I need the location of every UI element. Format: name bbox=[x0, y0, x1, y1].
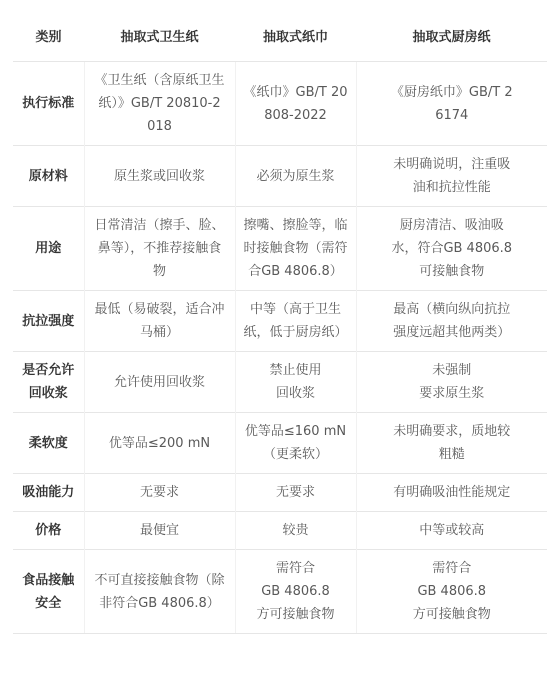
paper-comparison-page: 类别 抽取式卫生纸 抽取式纸巾 抽取式厨房纸 执行标准 《卫生纸（含原纸卫生 纸… bbox=[0, 0, 560, 674]
row-label: 用途 bbox=[13, 207, 84, 291]
row-label: 吸油能力 bbox=[13, 474, 84, 512]
column-header-category: 类别 bbox=[13, 14, 84, 62]
cell-price-toilet: 最便宜 bbox=[84, 512, 235, 550]
row-label: 食品接触 安全 bbox=[13, 550, 84, 634]
cell-oil-toilet: 无要求 bbox=[84, 474, 235, 512]
cell-material-toilet: 原生浆或回收浆 bbox=[84, 146, 235, 207]
row-label: 是否允许 回收浆 bbox=[13, 352, 84, 413]
column-header-facial-tissue: 抽取式纸巾 bbox=[235, 14, 356, 62]
cell-tensile-tissue: 中等（高于卫生 纸，低于厨房纸） bbox=[235, 291, 356, 352]
cell-recycled-tissue: 禁止使用 回收浆 bbox=[235, 352, 356, 413]
cell-material-kitchen: 未明确说明，注重吸 油和抗拉性能 bbox=[356, 146, 547, 207]
cell-softness-tissue: 优等品≤160 mN （更柔软） bbox=[235, 413, 356, 474]
cell-softness-kitchen: 未明确要求，质地较 粗糙 bbox=[356, 413, 547, 474]
row-label: 价格 bbox=[13, 512, 84, 550]
cell-recycled-kitchen: 未强制 要求原生浆 bbox=[356, 352, 547, 413]
table-row-food-contact-safety: 食品接触 安全 不可直接接触食物（除 非符合GB 4806.8） 需符合 GB … bbox=[13, 550, 547, 634]
cell-food-safety-toilet: 不可直接接触食物（除 非符合GB 4806.8） bbox=[84, 550, 235, 634]
column-header-kitchen-paper: 抽取式厨房纸 bbox=[356, 14, 547, 62]
cell-standard-tissue: 《纸巾》GB/T 20 808-2022 bbox=[235, 62, 356, 146]
cell-standard-kitchen: 《厨房纸巾》GB/T 2 6174 bbox=[356, 62, 547, 146]
table-row-recycled-pulp: 是否允许 回收浆 允许使用回收浆 禁止使用 回收浆 未强制 要求原生浆 bbox=[13, 352, 547, 413]
table-row-oil-absorption: 吸油能力 无要求 无要求 有明确吸油性能规定 bbox=[13, 474, 547, 512]
cell-usage-kitchen: 厨房清洁、吸油吸 水，符合GB 4806.8 可接触食物 bbox=[356, 207, 547, 291]
cell-material-tissue: 必须为原生浆 bbox=[235, 146, 356, 207]
cell-softness-toilet: 优等品≤200 mN bbox=[84, 413, 235, 474]
column-header-toilet-paper: 抽取式卫生纸 bbox=[84, 14, 235, 62]
cell-tensile-kitchen: 最高（横向纵向抗拉 强度远超其他两类） bbox=[356, 291, 547, 352]
cell-oil-kitchen: 有明确吸油性能规定 bbox=[356, 474, 547, 512]
table-row-raw-material: 原材料 原生浆或回收浆 必须为原生浆 未明确说明，注重吸 油和抗拉性能 bbox=[13, 146, 547, 207]
cell-food-safety-kitchen: 需符合 GB 4806.8 方可接触食物 bbox=[356, 550, 547, 634]
table-row-softness: 柔软度 优等品≤200 mN 优等品≤160 mN （更柔软） 未明确要求，质地… bbox=[13, 413, 547, 474]
cell-price-kitchen: 中等或较高 bbox=[356, 512, 547, 550]
table-row-tensile-strength: 抗拉强度 最低（易破裂，适合冲 马桶） 中等（高于卫生 纸，低于厨房纸） 最高（… bbox=[13, 291, 547, 352]
cell-price-tissue: 较贵 bbox=[235, 512, 356, 550]
cell-tensile-toilet: 最低（易破裂，适合冲 马桶） bbox=[84, 291, 235, 352]
table-row-standard: 执行标准 《卫生纸（含原纸卫生 纸）》GB/T 20810-2 018 《纸巾》… bbox=[13, 62, 547, 146]
table-row-usage: 用途 日常清洁（擦手、脸、 鼻等），不推荐接触食 物 擦嘴、擦脸等，临 时接触食… bbox=[13, 207, 547, 291]
cell-standard-toilet: 《卫生纸（含原纸卫生 纸）》GB/T 20810-2 018 bbox=[84, 62, 235, 146]
table-row-price: 价格 最便宜 较贵 中等或较高 bbox=[13, 512, 547, 550]
header-row: 类别 抽取式卫生纸 抽取式纸巾 抽取式厨房纸 bbox=[13, 14, 547, 62]
cell-recycled-toilet: 允许使用回收浆 bbox=[84, 352, 235, 413]
cell-food-safety-tissue: 需符合 GB 4806.8 方可接触食物 bbox=[235, 550, 356, 634]
cell-oil-tissue: 无要求 bbox=[235, 474, 356, 512]
row-label: 抗拉强度 bbox=[13, 291, 84, 352]
row-label: 柔软度 bbox=[13, 413, 84, 474]
row-label: 执行标准 bbox=[13, 62, 84, 146]
cell-usage-tissue: 擦嘴、擦脸等，临 时接触食物（需符 合GB 4806.8） bbox=[235, 207, 356, 291]
cell-usage-toilet: 日常清洁（擦手、脸、 鼻等），不推荐接触食 物 bbox=[84, 207, 235, 291]
row-label: 原材料 bbox=[13, 146, 84, 207]
paper-comparison-table: 类别 抽取式卫生纸 抽取式纸巾 抽取式厨房纸 执行标准 《卫生纸（含原纸卫生 纸… bbox=[13, 14, 547, 634]
